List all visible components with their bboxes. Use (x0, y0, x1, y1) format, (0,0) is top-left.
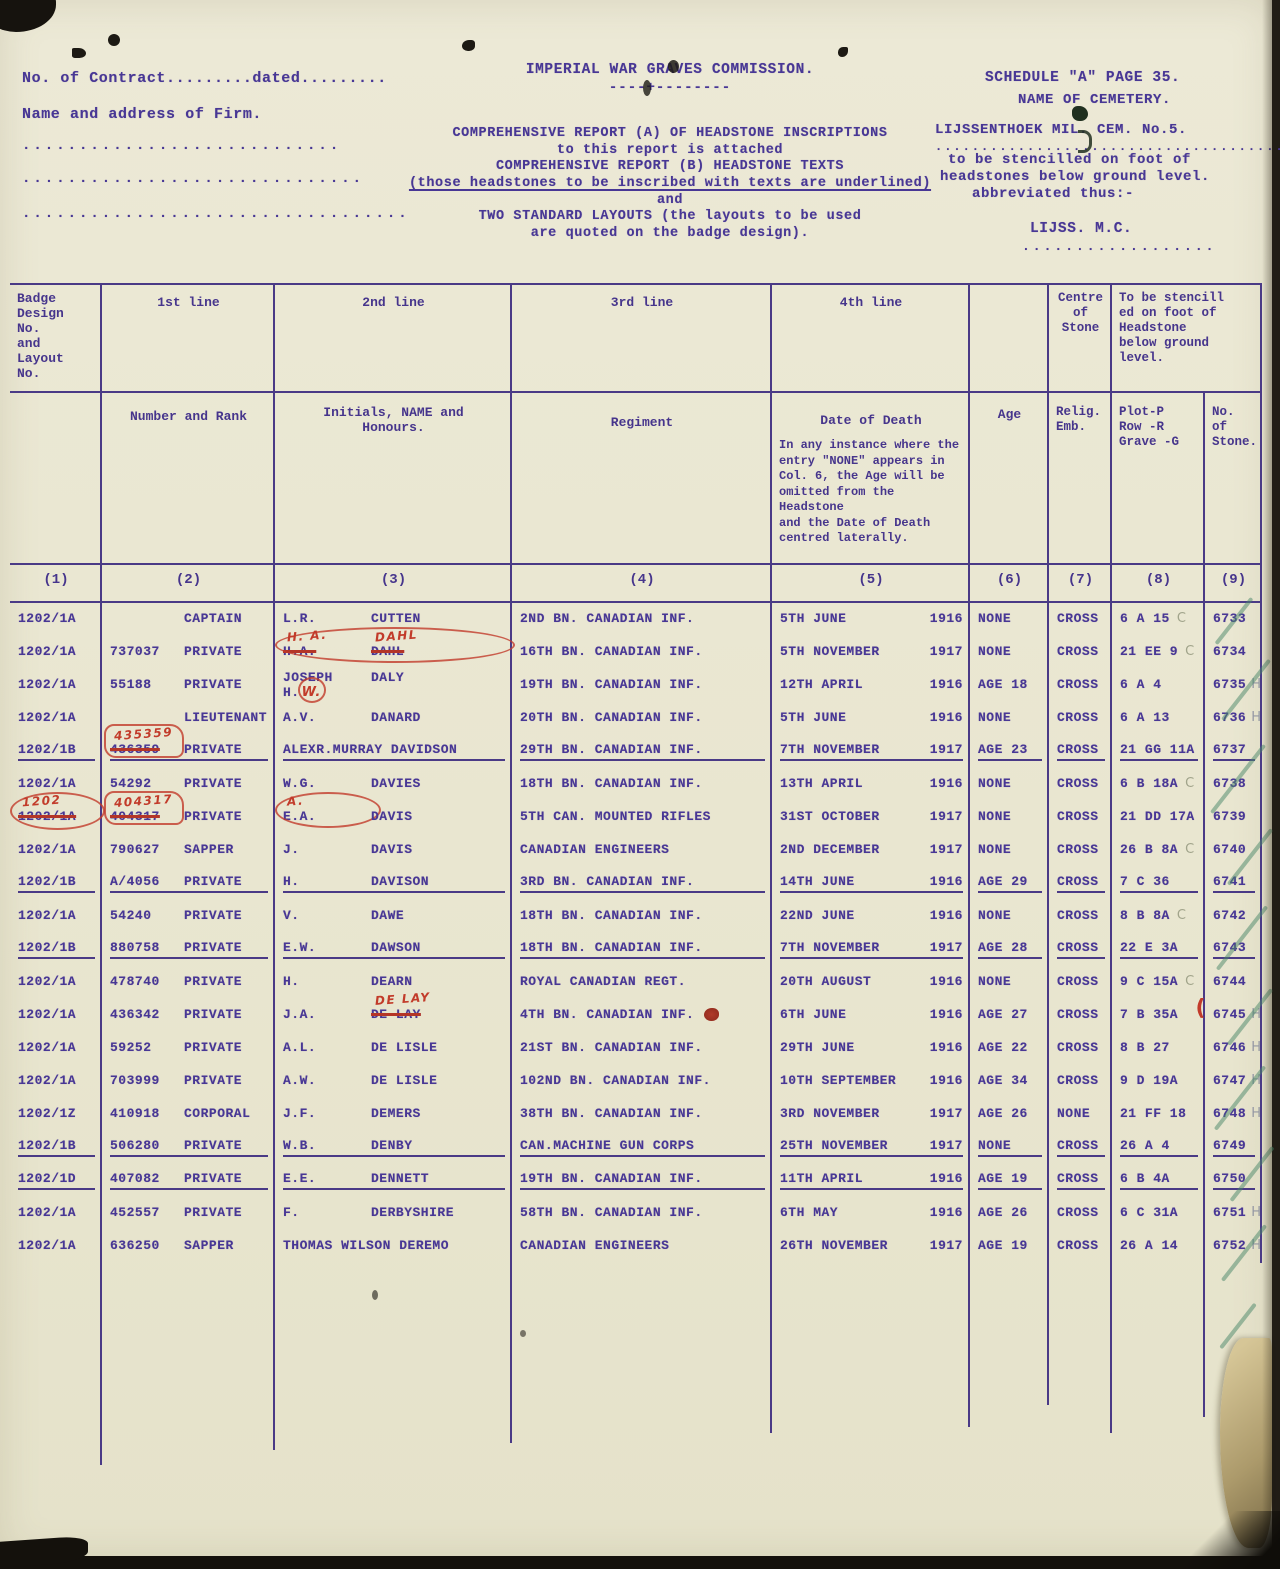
plot-value: 6 A 13 (1120, 710, 1170, 725)
surname-wrap: DAWSON (371, 940, 421, 955)
surname-wrap: DENBY (371, 1138, 413, 1153)
pencil-check-mark: C (1177, 908, 1187, 923)
service-number-wrap: 435359 436359 (110, 742, 176, 757)
number-rank-cell: 436342 PRIVATE (100, 999, 273, 1032)
regiment-cell: 16TH BN. CANADIAN INF. (510, 636, 770, 669)
emblem-value: CROSS (1057, 742, 1099, 757)
service-number: A/4056 (110, 874, 160, 889)
service-number: 880758 (110, 940, 160, 955)
regiment-value: 20TH BN. CANADIAN INF. (520, 710, 703, 725)
plot-row-grave-cell: 21 FF 18 (1110, 1098, 1203, 1131)
service-number-wrap: 404317 404317 (110, 809, 176, 824)
badge-design-value: 1202/1A (18, 1073, 76, 1088)
firm-label: Name and address of Firm. (22, 106, 262, 123)
plot-row-grave-cell: 6 A 4 (1110, 669, 1203, 702)
scan-shadow-corner (0, 0, 56, 32)
service-number: 59252 (110, 1040, 152, 1055)
date-of-death-cell: 31ST OCTOBER1917 (770, 801, 968, 834)
plot-value: 6 C 31A (1120, 1205, 1178, 1220)
rank-value: LIEUTENANT (184, 710, 267, 725)
pencil-check-mark: C (1177, 611, 1187, 626)
line-3-header: 3rd line (510, 285, 770, 391)
plot-row-grave-header: Plot-P Row -R Grave -G (1110, 393, 1203, 563)
badge-design-cell: 1202/1A (10, 1230, 100, 1263)
badge-design-cell: 1202/1A (10, 966, 100, 999)
regiment-cell: 3RD BN. CANADIAN INF. (510, 867, 770, 900)
report-line-attached: to this report is attached (380, 143, 960, 158)
year-value: 1916 (930, 710, 963, 725)
date-value: 26TH NOVEMBER (780, 1238, 888, 1253)
paper-sheet: No. of Contract.........dated......... N… (0, 0, 1272, 1558)
date-value: 25TH NOVEMBER (780, 1138, 888, 1153)
service-number: 790627 (110, 842, 160, 857)
regiment-value: ROYAL CANADIAN REGT. (520, 974, 686, 989)
ink-speck (372, 1290, 378, 1300)
stone-number-cell: 6734 (1203, 636, 1262, 669)
date-value: 31ST OCTOBER (780, 809, 880, 824)
initials-surname-pair: L.R. CUTTEN (283, 611, 505, 626)
name-cell: A.L. DE LISLE (273, 1032, 510, 1065)
red-correction: H. A. (287, 628, 328, 646)
badge-design-cell: 1202/1Z (10, 1098, 100, 1131)
surname-value: CUTTEN (371, 611, 421, 626)
plot-row-grave-cell: 21 EE 9C (1110, 636, 1203, 669)
age-cell: AGE 19 (968, 1164, 1047, 1197)
ink-blot (643, 80, 651, 96)
service-number: 478740 (110, 974, 160, 989)
date-value: 3RD NOVEMBER (780, 1106, 880, 1121)
service-number: 636250 (110, 1238, 160, 1253)
regiment-value: CANADIAN ENGINEERS (520, 1238, 669, 1253)
plot-value: 8 B 8A (1120, 908, 1170, 923)
stone-number-value: 6752 (1213, 1238, 1246, 1253)
col-number: (6) (968, 565, 1047, 601)
age-value: AGE 19 (978, 1171, 1028, 1186)
empty-header-cell (10, 393, 100, 563)
emblem-value: CROSS (1057, 874, 1099, 889)
surname-wrap: DAHL DAHL (371, 644, 404, 659)
badge-design-value: 1202/1B (18, 874, 76, 889)
surname-wrap: DE LAY DE LAY (371, 1007, 421, 1022)
badge-design-cell: 1202/1A (10, 1197, 100, 1230)
name-cell: THOMAS WILSON DEREMO (273, 1230, 510, 1263)
regiment-cell: 58TH BN. CANADIAN INF. (510, 1197, 770, 1230)
badge-design-cell: 1202/1B (10, 867, 100, 900)
pencil-check-mark: C (1185, 974, 1195, 989)
regiment-cell: CANADIAN ENGINEERS (510, 834, 770, 867)
age-cell: NONE (968, 702, 1047, 735)
date-of-death-cell: 12TH APRIL1916 (770, 669, 968, 702)
initials-value: J.F. (283, 1106, 316, 1121)
plot-row-grave-cell: 26 A 14 (1110, 1230, 1203, 1263)
emblem-value: CROSS (1057, 1073, 1099, 1088)
col-number: (2) (100, 565, 273, 601)
religious-emblem-cell: CROSS (1047, 636, 1110, 669)
initials-surname-pair: F. DERBYSHIRE (283, 1205, 505, 1220)
surname-value: DAWE (371, 908, 404, 923)
service-number-wrap: 790627 (110, 842, 176, 857)
cemetery-name: LIJSSENTHOEK MIL. CEM. No.5. (935, 122, 1187, 138)
ink-speck (520, 1330, 526, 1337)
date-value: 5TH NOVEMBER (780, 644, 880, 659)
age-header: Age (968, 393, 1047, 563)
stencil-note-line: headstones below ground level. (940, 169, 1210, 185)
stone-number-cell: 6749 (1203, 1131, 1262, 1164)
age-value: AGE 18 (978, 677, 1028, 692)
emblem-value: CROSS (1057, 611, 1099, 626)
table-row: 1202/1B 506280 PRIVATE (10, 1131, 1262, 1164)
red-circled-letter: W. (302, 685, 321, 700)
emblem-value: CROSS (1057, 1238, 1099, 1253)
initials-surname-pair: W.G. DAVIES (283, 776, 505, 791)
table-row: 1202/1A 636250 SAPPER (10, 1230, 1262, 1263)
col-number: (9) (1203, 565, 1262, 601)
service-number-wrap: 55188 (110, 677, 176, 692)
badge-design-value: 1202/1A (18, 908, 76, 923)
line-4-header: 4th line (770, 285, 968, 391)
surname-value: DE LISLE (371, 1040, 437, 1055)
plot-row-grave-cell: 7 B 35A( (1110, 999, 1203, 1032)
regiment-cell: 18TH BN. CANADIAN INF. (510, 933, 770, 966)
initials-wrap: F. (283, 1205, 371, 1220)
service-number: 436342 (110, 1007, 160, 1022)
initials-value: F. (283, 1205, 300, 1220)
name-cell: A.W. DE LISLE (273, 1065, 510, 1098)
surname-value: DENNETT (371, 1171, 429, 1186)
cemetery-label: NAME OF CEMETERY. (1018, 92, 1171, 108)
pencil-h-mark: H (1251, 1205, 1261, 1220)
table-row: 1202/1A 703999 PRIVATE (10, 1065, 1262, 1098)
service-number: 452557 (110, 1205, 160, 1220)
stone-number-value: 6742 (1213, 908, 1246, 923)
emblem-value: CROSS (1057, 1171, 1099, 1186)
centre-of-stone-header: Centre of Stone (1047, 285, 1110, 391)
number-rank-cell: 410918 CORPORAL (100, 1098, 273, 1131)
initials-value: W.B. (283, 1138, 316, 1153)
year-value: 1916 (930, 908, 963, 923)
date-value: 20TH AUGUST (780, 974, 871, 989)
date-of-death-cell: 26TH NOVEMBER1917 (770, 1230, 968, 1263)
initials-wrap: H. A. H.A. (283, 644, 371, 659)
regiment-header: Regiment (510, 393, 770, 563)
emblem-value: NONE (1057, 1106, 1090, 1121)
red-correction: DAHL (375, 628, 419, 646)
religious-emblem-cell: CROSS (1047, 900, 1110, 933)
regiment-cell: ROYAL CANADIAN REGT. (510, 966, 770, 999)
date-of-death-cell: 5TH JUNE1916 (770, 603, 968, 636)
religious-emblem-cell: CROSS (1047, 1032, 1110, 1065)
stone-number-cell: 6741 (1203, 867, 1262, 900)
religious-emblem-cell: CROSS (1047, 1230, 1110, 1263)
regiment-value: CANADIAN ENGINEERS (520, 842, 669, 857)
surname-wrap: DAWE (371, 908, 404, 923)
date-of-death-cell: 14TH JUNE1916 (770, 867, 968, 900)
stone-number-cell: 6752H (1203, 1230, 1262, 1263)
badge-design-cell: 1202/1A (10, 1065, 100, 1098)
regiment-value: 18TH BN. CANADIAN INF. (520, 940, 703, 955)
initials-value: A.V. (283, 710, 316, 725)
table-row: 1202/1Z 410918 CORPORAL (10, 1098, 1262, 1131)
age-value: AGE 34 (978, 1073, 1028, 1088)
none-age-note: In any instance where the entry "NONE" a… (779, 438, 963, 547)
year-value: 1916 (930, 677, 963, 692)
badge-design-value: 1202/1B (18, 1138, 76, 1153)
service-number: 404317 (110, 809, 160, 824)
pencil-check-mark: C (1185, 644, 1195, 659)
date-of-death-cell: 6TH MAY1916 (770, 1197, 968, 1230)
service-number-wrap: 410918 (110, 1106, 176, 1121)
age-cell: NONE (968, 1131, 1047, 1164)
religious-emblem-cell: NONE (1047, 1098, 1110, 1131)
ink-blot (1072, 106, 1088, 121)
column-rule (1203, 1255, 1205, 1417)
religious-emblem-cell: CROSS (1047, 603, 1110, 636)
initials-value: H. (283, 974, 300, 989)
year-value: 1916 (930, 776, 963, 791)
name-cell: E.W. DAWSON (273, 933, 510, 966)
table-row: 1202/1A 737037 PRIVATE (10, 636, 1262, 669)
column-rule (1047, 1255, 1049, 1405)
column-rule (100, 1255, 102, 1465)
religious-emblem-cell: CROSS (1047, 966, 1110, 999)
age-cell: AGE 19 (968, 1230, 1047, 1263)
surname-wrap: DANARD (371, 710, 421, 725)
date-value: 11TH APRIL (780, 1171, 863, 1186)
number-rank-cell: 55188 PRIVATE (100, 669, 273, 702)
initials-value: A.L. (283, 1040, 316, 1055)
plot-row-grave-cell: 21 GG 11A (1110, 735, 1203, 768)
table-row: 1202/1D 407082 PRIVATE (10, 1164, 1262, 1197)
year-value: 1917 (930, 809, 963, 824)
age-cell: NONE (968, 636, 1047, 669)
religious-emblem-cell: CROSS (1047, 1197, 1110, 1230)
initials-surname-pair: JOSEPH H.W. DALY (283, 670, 505, 700)
rank-value: PRIVATE (184, 1171, 242, 1186)
age-cell: AGE 34 (968, 1065, 1047, 1098)
stone-number-cell: 6751H (1203, 1197, 1262, 1230)
surname-value: DE LISLE (371, 1073, 437, 1088)
age-value: AGE 23 (978, 742, 1028, 757)
column-rule (273, 1255, 275, 1450)
scan-shadow-corner (1170, 1511, 1280, 1569)
full-name: ALEXR.MURRAY DAVIDSON (283, 742, 457, 757)
age-cell: AGE 26 (968, 1197, 1047, 1230)
regiment-value: 4TH BN. CANADIAN INF. (520, 1007, 694, 1022)
dotted-line: .............................. (22, 171, 364, 187)
emblem-value: CROSS (1057, 1007, 1099, 1022)
number-rank-cell: 880758 PRIVATE (100, 933, 273, 966)
age-value: AGE 29 (978, 874, 1028, 889)
plot-row-grave-cell: 8 B 27 (1110, 1032, 1203, 1065)
number-rank-cell: 737037 PRIVATE (100, 636, 273, 669)
col-number: (4) (510, 565, 770, 601)
service-number-wrap: 59252 (110, 1040, 176, 1055)
date-value: 5TH JUNE (780, 611, 846, 626)
rank-value: CORPORAL (184, 1106, 250, 1121)
surname-wrap: DAVISON (371, 874, 429, 889)
rank-value: PRIVATE (184, 1138, 242, 1153)
number-rank-cell: 435359 436359 PRIVATE (100, 735, 273, 768)
age-cell: NONE (968, 834, 1047, 867)
rank-value: PRIVATE (184, 1205, 242, 1220)
col-number: (3) (273, 565, 510, 601)
stone-number-cell: 6735H (1203, 669, 1262, 702)
cemetery-abbreviation: LIJSS. M.C. (1030, 221, 1132, 237)
service-number-wrap: 880758 (110, 940, 176, 955)
pencil-h-mark: H (1251, 1040, 1261, 1055)
stone-number-value: 6744 (1213, 974, 1246, 989)
surname-value: DAHL (371, 644, 404, 659)
service-number: 506280 (110, 1138, 160, 1153)
plot-row-grave-cell: 6 C 31A (1110, 1197, 1203, 1230)
table-row: 1202/1A CAPTAIN (10, 603, 1262, 636)
column-rule (968, 1255, 970, 1427)
rank-value: PRIVATE (184, 644, 242, 659)
age-cell: NONE (968, 801, 1047, 834)
initials-surname-pair: A.L. DE LISLE (283, 1040, 505, 1055)
regiment-cell: CAN.MACHINE GUN CORPS (510, 1131, 770, 1164)
age-value: NONE (978, 710, 1011, 725)
badge-design-value: 1202/1A (18, 809, 76, 824)
service-number-wrap: 407082 (110, 1171, 176, 1186)
rank-value: SAPPER (184, 842, 234, 857)
number-rank-cell: CAPTAIN (100, 603, 273, 636)
initials-surname-pair: J. DAVIS (283, 842, 505, 857)
plot-row-grave-cell: 22 E 3A (1110, 933, 1203, 966)
age-value: AGE 26 (978, 1205, 1028, 1220)
date-value: 7TH NOVEMBER (780, 742, 880, 757)
name-cell: JOSEPH H.W. DALY (273, 669, 510, 702)
emblem-value: CROSS (1057, 908, 1099, 923)
surname-wrap: DENNETT (371, 1171, 429, 1186)
table-row: 1202/1B A/4056 PRIVATE (10, 867, 1262, 900)
regiment-value: 19TH BN. CANADIAN INF. (520, 677, 703, 692)
religious-emblem-cell: CROSS (1047, 867, 1110, 900)
age-value: NONE (978, 611, 1011, 626)
age-value: NONE (978, 1138, 1011, 1153)
initials-value: L.R. (283, 611, 316, 626)
religious-emblem-cell: CROSS (1047, 801, 1110, 834)
regiment-value: 102ND BN. CANADIAN INF. (520, 1073, 711, 1088)
plot-value: 6 B 4A (1120, 1171, 1170, 1186)
service-number: 703999 (110, 1073, 160, 1088)
badge-design-value: 1202/1A (18, 974, 76, 989)
initials-value: H. (283, 874, 300, 889)
plot-value: 8 B 27 (1120, 1040, 1170, 1055)
service-number-wrap: 436342 (110, 1007, 176, 1022)
year-value: 1917 (930, 644, 963, 659)
age-cell: NONE (968, 603, 1047, 636)
surname-value: DEMERS (371, 1106, 421, 1121)
surname-wrap: CUTTEN (371, 611, 421, 626)
regiment-value: 29TH BN. CANADIAN INF. (520, 742, 703, 757)
title-underline: ----+-------- (390, 80, 950, 96)
badge-design-cell: 1202/1B (10, 735, 100, 768)
ink-blot (108, 34, 120, 46)
ink-blot (838, 47, 848, 57)
religious-emblem-cell: CROSS (1047, 768, 1110, 801)
number-rank-cell: 636250 SAPPER (100, 1230, 273, 1263)
religious-emblem-cell: CROSS (1047, 1164, 1110, 1197)
surname-value: DALY (371, 670, 404, 685)
initials-wrap: W.B. (283, 1138, 371, 1153)
surname-wrap: DEARN (371, 974, 413, 989)
initials-surname-pair: V. DAWE (283, 908, 505, 923)
emblem-value: CROSS (1057, 710, 1099, 725)
date-of-death-cell: 2ND DECEMBER1917 (770, 834, 968, 867)
initials-surname-pair: A.W. DE LISLE (283, 1073, 505, 1088)
red-correction: 404317 (114, 792, 174, 811)
date-of-death-cell: 25TH NOVEMBER1917 (770, 1131, 968, 1164)
plot-row-grave-cell: 8 B 8AC (1110, 900, 1203, 933)
emblem-value: CROSS (1057, 1138, 1099, 1153)
age-value: NONE (978, 644, 1011, 659)
name-cell: H. A. H.A. DAHL DAHL (273, 636, 510, 669)
religious-emblem-header: Relig. Emb. (1047, 393, 1110, 563)
age-cell: AGE 23 (968, 735, 1047, 768)
initials-wrap: A.L. (283, 1040, 371, 1055)
rank-value: PRIVATE (184, 940, 242, 955)
pencil-h-mark: H (1251, 710, 1261, 725)
badge-design-value: 1202/1A (18, 710, 76, 725)
plot-value: 21 EE 9 (1120, 644, 1178, 659)
age-cell: NONE (968, 900, 1047, 933)
surname-value: DAVIS (371, 809, 413, 824)
underlined-note: (those headstones to be inscribed with t… (380, 176, 960, 191)
service-number: 436359 (110, 742, 160, 757)
age-cell: AGE 26 (968, 1098, 1047, 1131)
regiment-value: 3RD BN. CANADIAN INF. (520, 874, 694, 889)
service-number-wrap: 737037 (110, 644, 176, 659)
rank-value: PRIVATE (184, 677, 242, 692)
year-value: 1916 (930, 1040, 963, 1055)
table-body: 1202/1A CAPTAIN (10, 603, 1262, 1263)
surname-wrap: DAVIES (371, 776, 421, 791)
date-of-death-title: Date of Death (779, 399, 963, 428)
table-row: 1202/1A 790627 SAPPER (10, 834, 1262, 867)
surname-value: DAVIS (371, 842, 413, 857)
badge-design-cell: 1202/1B (10, 933, 100, 966)
stone-number-value: 6737 (1213, 742, 1246, 757)
age-value: AGE 26 (978, 1106, 1028, 1121)
pencil-check-mark: C (1185, 842, 1195, 857)
religious-emblem-cell: CROSS (1047, 669, 1110, 702)
rank-value: CAPTAIN (184, 611, 242, 626)
plot-value: 26 B 8A (1120, 842, 1178, 857)
name-cell: A. E.A. DAVIS (273, 801, 510, 834)
badge-design-value: 1202/1B (18, 940, 76, 955)
date-of-death-cell: 29TH JUNE1916 (770, 1032, 968, 1065)
pencil-check-mark: C (1185, 776, 1195, 791)
table-row: 1202/1A 452557 PRIVATE (10, 1197, 1262, 1230)
plot-value: 26 A 14 (1120, 1238, 1178, 1253)
plot-value: 26 A 4 (1120, 1138, 1170, 1153)
age-cell: NONE (968, 966, 1047, 999)
plot-value: 21 GG 11A (1120, 742, 1195, 757)
date-value: 5TH JUNE (780, 710, 846, 725)
regiment-cell: 21ST BN. CANADIAN INF. (510, 1032, 770, 1065)
badge-design-value: 1202/1A (18, 1007, 76, 1022)
headstone-schedule-table: Badge Design No. and Layout No. 1st line… (10, 283, 1262, 1263)
number-rank-cell: A/4056 PRIVATE (100, 867, 273, 900)
initials-wrap: A.V. (283, 710, 371, 725)
initials-wrap: A. E.A. (283, 809, 371, 824)
number-rank-cell: 703999 PRIVATE (100, 1065, 273, 1098)
plot-row-grave-cell: 6 B 4A (1110, 1164, 1203, 1197)
plot-row-grave-cell: 9 D 19A (1110, 1065, 1203, 1098)
age-value: NONE (978, 809, 1011, 824)
date-of-death-cell: 22ND JUNE1916 (770, 900, 968, 933)
